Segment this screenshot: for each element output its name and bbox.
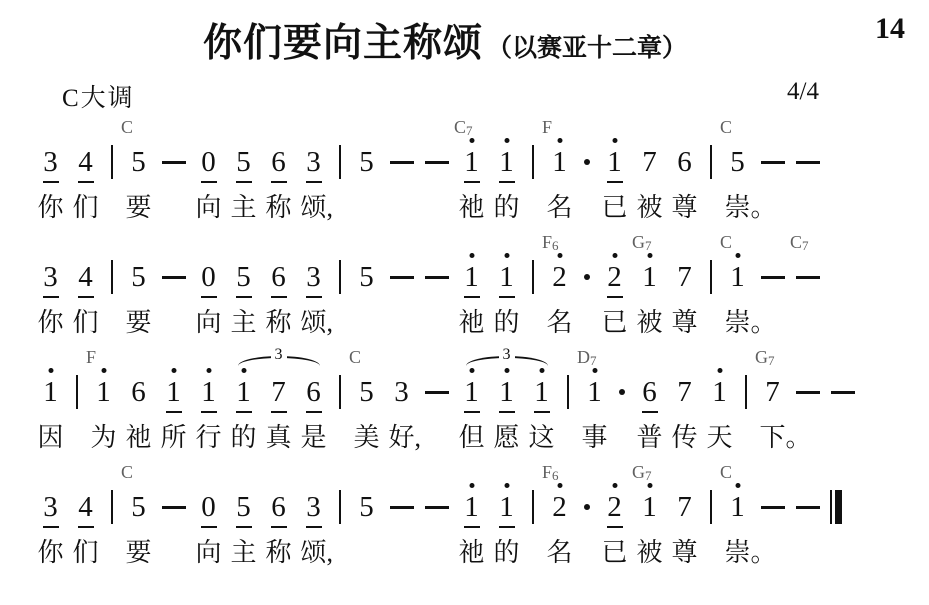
octave-dot bbox=[592, 368, 597, 373]
note-digit: 0 bbox=[201, 263, 216, 292]
note-digit: 3 bbox=[43, 493, 58, 522]
lyrics-row: 你们要向主称颂,祂的名已被尊崇。 bbox=[33, 537, 847, 569]
lyric-syllable: 崇。 bbox=[725, 307, 777, 338]
eighth-underline bbox=[607, 296, 623, 298]
lyric-syllable: 要 bbox=[126, 307, 152, 338]
note-cell: 5C bbox=[121, 139, 156, 185]
octave-dot bbox=[101, 368, 106, 373]
note-cell: 0 bbox=[191, 139, 226, 185]
note-cell: 1D7 bbox=[577, 369, 612, 415]
note-cell: 2F6 bbox=[542, 254, 577, 300]
octave-dot bbox=[504, 483, 509, 488]
eighth-underline bbox=[43, 181, 59, 183]
note-cell: 1G7 bbox=[632, 484, 667, 530]
note-digit: 6 bbox=[642, 378, 657, 407]
octave-dot bbox=[612, 483, 617, 488]
note-digit: 0 bbox=[201, 493, 216, 522]
note-cell: 1 bbox=[156, 369, 191, 415]
lyric-syllable: 行 bbox=[196, 422, 222, 453]
dot-glyph bbox=[584, 504, 590, 510]
note-digit: 5 bbox=[730, 148, 745, 177]
note-digit: 7 bbox=[642, 148, 657, 177]
lyric-syllable: 你 bbox=[38, 307, 64, 338]
dot-glyph bbox=[584, 274, 590, 280]
lyric-syllable: 祂 bbox=[459, 192, 485, 223]
eighth-underline bbox=[236, 411, 252, 413]
lyric-syllable: 主 bbox=[231, 307, 257, 338]
note-cell: 1G7 bbox=[632, 254, 667, 300]
eighth-underline bbox=[271, 296, 287, 298]
lyric-syllable: 名 bbox=[547, 307, 573, 338]
barline-stroke bbox=[532, 490, 534, 524]
octave-dot bbox=[469, 483, 474, 488]
note-cell: 6 bbox=[261, 139, 296, 185]
lyric-syllable: 被 bbox=[637, 192, 663, 223]
lyric-syllable: 颂, bbox=[301, 537, 334, 568]
page-title: 你们要向主称颂 bbox=[203, 22, 483, 65]
lyrics-row: 因为祂所行的真是美好,但愿这事普传天下。 bbox=[33, 422, 860, 454]
octave-dot bbox=[735, 253, 740, 258]
eighth-underline bbox=[271, 411, 287, 413]
barline-stroke bbox=[710, 490, 712, 524]
lyric-syllable: 名 bbox=[547, 192, 573, 223]
note-cell: 1 bbox=[33, 369, 68, 415]
note-digit: 1 bbox=[201, 378, 216, 407]
chord-symbol: C bbox=[720, 118, 732, 136]
note-cell: 5 bbox=[226, 139, 261, 185]
duration-dash bbox=[156, 484, 191, 530]
lyric-syllable: 被 bbox=[637, 537, 663, 568]
chord-root: F bbox=[542, 462, 552, 482]
lyric-syllable: 已 bbox=[602, 537, 628, 568]
eighth-underline bbox=[78, 181, 94, 183]
duration-dash bbox=[419, 369, 454, 415]
barline bbox=[103, 484, 121, 530]
note-digit: 1 bbox=[499, 263, 514, 292]
lyric-syllable: 尊 bbox=[672, 192, 698, 223]
note-cell: 4 bbox=[68, 139, 103, 185]
barline-stroke bbox=[339, 145, 341, 179]
lyric-syllable: 向 bbox=[196, 307, 222, 338]
notes-row: 34505635112F621G771CC7 bbox=[33, 254, 825, 300]
lyric-syllable: 是 bbox=[301, 422, 327, 453]
dash-stroke bbox=[425, 276, 449, 279]
note-digit: 6 bbox=[271, 148, 286, 177]
lyric-syllable: 已 bbox=[602, 192, 628, 223]
note-digit: 5 bbox=[359, 148, 374, 177]
octave-dot bbox=[557, 138, 562, 143]
chord-symbol: C bbox=[121, 463, 133, 481]
eighth-underline bbox=[464, 296, 480, 298]
note-cell: 6 bbox=[296, 369, 331, 415]
duration-dash bbox=[755, 254, 790, 300]
barline bbox=[103, 254, 121, 300]
duration-dash: C7 bbox=[790, 254, 825, 300]
note-digit: 5 bbox=[236, 263, 251, 292]
duration-dash bbox=[755, 139, 790, 185]
duration-dash bbox=[419, 484, 454, 530]
octave-dot bbox=[504, 368, 509, 373]
note-digit: 1 bbox=[499, 493, 514, 522]
note-digit: 2 bbox=[552, 263, 567, 292]
note-cell: 1 bbox=[454, 254, 489, 300]
dash-stroke bbox=[425, 506, 449, 509]
lyric-syllable: 们 bbox=[73, 537, 99, 568]
note-digit: 3 bbox=[43, 148, 58, 177]
lyric-syllable: 崇。 bbox=[725, 537, 777, 568]
note-digit: 5 bbox=[359, 263, 374, 292]
lyric-syllable: 已 bbox=[602, 307, 628, 338]
note-digit: 2 bbox=[552, 493, 567, 522]
chord-root: C bbox=[720, 462, 732, 482]
note-cell: 5 bbox=[349, 484, 384, 530]
barline bbox=[524, 139, 542, 185]
note-cell: 1 bbox=[524, 369, 559, 415]
note-digit: 7 bbox=[677, 378, 692, 407]
dash-stroke bbox=[390, 506, 414, 509]
lyric-syllable: 被 bbox=[637, 307, 663, 338]
note-digit: 1 bbox=[464, 493, 479, 522]
note-digit: 1 bbox=[499, 148, 514, 177]
note-cell: 6 bbox=[632, 369, 667, 415]
dotted-note-dot bbox=[577, 139, 597, 185]
barline-stroke bbox=[710, 260, 712, 294]
eighth-underline bbox=[78, 296, 94, 298]
lyric-syllable: 向 bbox=[196, 537, 222, 568]
note-cell: 7 bbox=[667, 484, 702, 530]
note-digit: 6 bbox=[131, 378, 146, 407]
note-digit: 6 bbox=[271, 493, 286, 522]
note-cell: 1 bbox=[597, 139, 632, 185]
eighth-underline bbox=[43, 296, 59, 298]
dash-stroke bbox=[761, 276, 785, 279]
note-cell: 7 bbox=[667, 369, 702, 415]
eighth-underline bbox=[642, 411, 658, 413]
note-cell: 3 bbox=[296, 484, 331, 530]
dash-stroke bbox=[796, 276, 820, 279]
octave-dot bbox=[171, 368, 176, 373]
eighth-underline bbox=[534, 411, 550, 413]
lyric-syllable: 向 bbox=[196, 192, 222, 223]
note-digit: 1 bbox=[464, 378, 479, 407]
note-cell: 6 bbox=[121, 369, 156, 415]
chord-quality: 7 bbox=[802, 238, 809, 253]
duration-dash bbox=[790, 484, 825, 530]
lyric-syllable: 的 bbox=[494, 537, 520, 568]
octave-dot bbox=[469, 138, 474, 143]
music-line-1: 345C056351C711F1765C 你们要向主称颂,祂的名已被尊崇。 bbox=[33, 139, 825, 224]
note-cell: 0 bbox=[191, 484, 226, 530]
lyric-syllable: 的 bbox=[494, 192, 520, 223]
octave-dot bbox=[612, 138, 617, 143]
note-digit: 1 bbox=[587, 378, 602, 407]
lyric-syllable: 称 bbox=[266, 307, 292, 338]
lyric-syllable: 主 bbox=[231, 537, 257, 568]
eighth-underline bbox=[499, 296, 515, 298]
note-digit: 2 bbox=[607, 263, 622, 292]
note-digit: 3 bbox=[306, 493, 321, 522]
key-signature: C大调 bbox=[62, 78, 135, 114]
lyric-syllable: 颂, bbox=[301, 192, 334, 223]
dash-stroke bbox=[761, 506, 785, 509]
note-digit: 1 bbox=[730, 493, 745, 522]
barline bbox=[331, 254, 349, 300]
chord-root: F bbox=[542, 117, 552, 137]
note-cell: 6 bbox=[261, 484, 296, 530]
octave-dot bbox=[469, 253, 474, 258]
note-digit: 5 bbox=[131, 148, 146, 177]
eighth-underline bbox=[607, 526, 623, 528]
duration-dash bbox=[156, 254, 191, 300]
octave-dot bbox=[557, 253, 562, 258]
note-digit: 3 bbox=[306, 148, 321, 177]
barline-stroke bbox=[111, 490, 113, 524]
chord-symbol: C bbox=[720, 463, 732, 481]
note-cell: 7 bbox=[261, 369, 296, 415]
eighth-underline bbox=[78, 526, 94, 528]
lyric-syllable: 美 bbox=[354, 422, 380, 453]
barline bbox=[737, 369, 755, 415]
octave-dot bbox=[539, 368, 544, 373]
note-digit: 2 bbox=[607, 493, 622, 522]
music-line-2: 34505635112F621G771CC7 你们要向主称颂,祂的名已被尊崇。 bbox=[33, 254, 825, 339]
note-digit: 1 bbox=[166, 378, 181, 407]
music-line-4: 345C05635112F621G771C 你们要向主称颂,祂的名已被尊崇。 bbox=[33, 484, 847, 569]
eighth-underline bbox=[271, 181, 287, 183]
chord-root: G bbox=[632, 232, 645, 252]
notes-row: 345C056351C711F1765C bbox=[33, 139, 825, 185]
note-cell: 6 bbox=[667, 139, 702, 185]
chord-root: G bbox=[755, 347, 768, 367]
chord-symbol: C bbox=[121, 118, 133, 136]
note-digit: 5 bbox=[236, 148, 251, 177]
barline-stroke bbox=[76, 375, 78, 409]
note-digit: 5 bbox=[359, 493, 374, 522]
lyric-syllable: 这 bbox=[529, 422, 555, 453]
chord-root: C bbox=[349, 347, 361, 367]
note-digit: 3 bbox=[394, 378, 409, 407]
note-cell: 1 bbox=[454, 369, 489, 415]
note-cell: 7 bbox=[632, 139, 667, 185]
lyric-syllable: 下。 bbox=[760, 422, 812, 453]
barline bbox=[524, 254, 542, 300]
final-double-barline bbox=[825, 484, 847, 530]
eighth-underline bbox=[306, 296, 322, 298]
lyric-syllable: 为 bbox=[91, 422, 117, 453]
note-cell: 3 bbox=[296, 254, 331, 300]
barline-stroke bbox=[339, 375, 341, 409]
note-cell: 1 bbox=[489, 254, 524, 300]
barline-stroke bbox=[339, 490, 341, 524]
note-digit: 1 bbox=[464, 263, 479, 292]
eighth-underline bbox=[499, 411, 515, 413]
lyric-syllable: 传 bbox=[672, 422, 698, 453]
eighth-underline bbox=[166, 411, 182, 413]
barline bbox=[702, 254, 720, 300]
eighth-underline bbox=[306, 411, 322, 413]
note-digit: 1 bbox=[607, 148, 622, 177]
lyric-syllable: 祂 bbox=[126, 422, 152, 453]
barline-stroke bbox=[710, 145, 712, 179]
eighth-underline bbox=[464, 526, 480, 528]
chord-root: C bbox=[790, 232, 802, 252]
octave-dot bbox=[735, 483, 740, 488]
note-digit: 1 bbox=[43, 378, 58, 407]
time-signature: 4/4 bbox=[787, 78, 819, 106]
dash-stroke bbox=[831, 391, 855, 394]
eighth-underline bbox=[236, 526, 252, 528]
note-cell: 2 bbox=[597, 484, 632, 530]
note-digit: 7 bbox=[271, 378, 286, 407]
barline bbox=[331, 484, 349, 530]
note-cell: 1 bbox=[489, 139, 524, 185]
chord-symbol: F6 bbox=[542, 233, 559, 251]
chord-root: D bbox=[577, 347, 590, 367]
dash-stroke bbox=[390, 276, 414, 279]
barline-stroke bbox=[111, 260, 113, 294]
lyric-syllable: 祂 bbox=[459, 307, 485, 338]
duration-dash bbox=[419, 254, 454, 300]
note-digit: 1 bbox=[642, 263, 657, 292]
dash-stroke bbox=[162, 506, 186, 509]
barline bbox=[68, 369, 86, 415]
lyric-syllable: 所 bbox=[161, 422, 187, 453]
eighth-underline bbox=[499, 181, 515, 183]
note-cell: 7 bbox=[667, 254, 702, 300]
notes-row: 11F6111765C31111D76717G733 bbox=[33, 369, 860, 415]
lyrics-row: 你们要向主称颂,祂的名已被尊崇。 bbox=[33, 307, 825, 339]
note-digit: 7 bbox=[765, 378, 780, 407]
note-digit: 7 bbox=[677, 493, 692, 522]
note-cell: 5 bbox=[349, 139, 384, 185]
dotted-note-dot bbox=[612, 369, 632, 415]
duration-dash bbox=[825, 369, 860, 415]
eighth-underline bbox=[201, 296, 217, 298]
barline-stroke bbox=[111, 145, 113, 179]
note-cell: 2 bbox=[597, 254, 632, 300]
dash-stroke bbox=[796, 506, 820, 509]
note-digit: 1 bbox=[730, 263, 745, 292]
lyric-syllable: 真 bbox=[266, 422, 292, 453]
note-cell: 5 bbox=[226, 484, 261, 530]
note-cell: 3 bbox=[33, 254, 68, 300]
duration-dash bbox=[755, 484, 790, 530]
chord-quality: 7 bbox=[645, 238, 652, 253]
chord-quality: 7 bbox=[590, 353, 597, 368]
chord-root: C bbox=[720, 232, 732, 252]
chord-root: F bbox=[86, 347, 96, 367]
chord-symbol: F bbox=[542, 118, 552, 136]
note-digit: 4 bbox=[78, 493, 93, 522]
final-bar-strokes bbox=[830, 490, 842, 524]
note-cell: 1C bbox=[720, 484, 755, 530]
dot-glyph bbox=[584, 159, 590, 165]
note-digit: 1 bbox=[534, 378, 549, 407]
note-digit: 5 bbox=[236, 493, 251, 522]
chord-root: C bbox=[121, 462, 133, 482]
barline bbox=[331, 139, 349, 185]
lyric-syllable: 崇。 bbox=[725, 192, 777, 223]
lyric-syllable: 要 bbox=[126, 192, 152, 223]
octave-dot bbox=[557, 483, 562, 488]
dash-stroke bbox=[390, 161, 414, 164]
chord-root: C bbox=[454, 117, 466, 137]
note-digit: 3 bbox=[306, 263, 321, 292]
chord-quality: 7 bbox=[645, 468, 652, 483]
note-digit: 4 bbox=[78, 263, 93, 292]
octave-dot bbox=[504, 253, 509, 258]
note-cell: 4 bbox=[68, 254, 103, 300]
final-bar-thick bbox=[835, 490, 842, 524]
lyric-syllable: 天 bbox=[707, 422, 733, 453]
page-subtitle: （以赛亚十二章） bbox=[487, 34, 687, 62]
lyric-syllable: 但 bbox=[459, 422, 485, 453]
lyric-syllable: 尊 bbox=[672, 307, 698, 338]
chord-symbol: C7 bbox=[790, 233, 809, 251]
barline bbox=[331, 369, 349, 415]
dash-stroke bbox=[761, 161, 785, 164]
eighth-underline bbox=[236, 181, 252, 183]
eighth-underline bbox=[201, 181, 217, 183]
note-digit: 6 bbox=[306, 378, 321, 407]
eighth-underline bbox=[306, 181, 322, 183]
eighth-underline bbox=[464, 181, 480, 183]
note-cell: 7G7 bbox=[755, 369, 790, 415]
chord-symbol: G7 bbox=[755, 348, 775, 366]
note-cell: 4 bbox=[68, 484, 103, 530]
note-cell: 3 bbox=[384, 369, 419, 415]
eighth-underline bbox=[499, 526, 515, 528]
note-digit: 4 bbox=[78, 148, 93, 177]
chord-symbol: C7 bbox=[454, 118, 473, 136]
lyric-syllable: 事 bbox=[582, 422, 608, 453]
chord-quality: 7 bbox=[768, 353, 775, 368]
lyric-syllable: 主 bbox=[231, 192, 257, 223]
note-cell: 1C7 bbox=[454, 139, 489, 185]
lyric-syllable: 们 bbox=[73, 307, 99, 338]
note-cell: 1 bbox=[226, 369, 261, 415]
lyric-syllable: 颂, bbox=[301, 307, 334, 338]
lyric-syllable: 祂 bbox=[459, 537, 485, 568]
note-cell: 1 bbox=[489, 369, 524, 415]
note-digit: 6 bbox=[271, 263, 286, 292]
eighth-underline bbox=[201, 526, 217, 528]
barline-stroke bbox=[567, 375, 569, 409]
barline-stroke bbox=[532, 145, 534, 179]
duration-dash bbox=[384, 484, 419, 530]
lyric-syllable: 要 bbox=[126, 537, 152, 568]
note-digit: 0 bbox=[201, 148, 216, 177]
eighth-underline bbox=[236, 296, 252, 298]
chord-quality: 7 bbox=[466, 123, 473, 138]
dash-stroke bbox=[796, 161, 820, 164]
notes-row: 345C05635112F621G771C bbox=[33, 484, 847, 530]
lyric-syllable: 你 bbox=[38, 537, 64, 568]
dot-glyph bbox=[619, 389, 625, 395]
note-cell: 2F6 bbox=[542, 484, 577, 530]
note-digit: 1 bbox=[236, 378, 251, 407]
note-digit: 6 bbox=[677, 148, 692, 177]
note-cell: 1F bbox=[542, 139, 577, 185]
duration-dash bbox=[384, 254, 419, 300]
lyric-syllable: 尊 bbox=[672, 537, 698, 568]
barline-stroke bbox=[532, 260, 534, 294]
triplet-number: 3 bbox=[499, 346, 515, 364]
note-cell: 5 bbox=[349, 254, 384, 300]
lyrics-row: 你们要向主称颂,祂的名已被尊崇。 bbox=[33, 192, 825, 224]
lyric-syllable: 愿 bbox=[494, 422, 520, 453]
note-digit: 1 bbox=[712, 378, 727, 407]
